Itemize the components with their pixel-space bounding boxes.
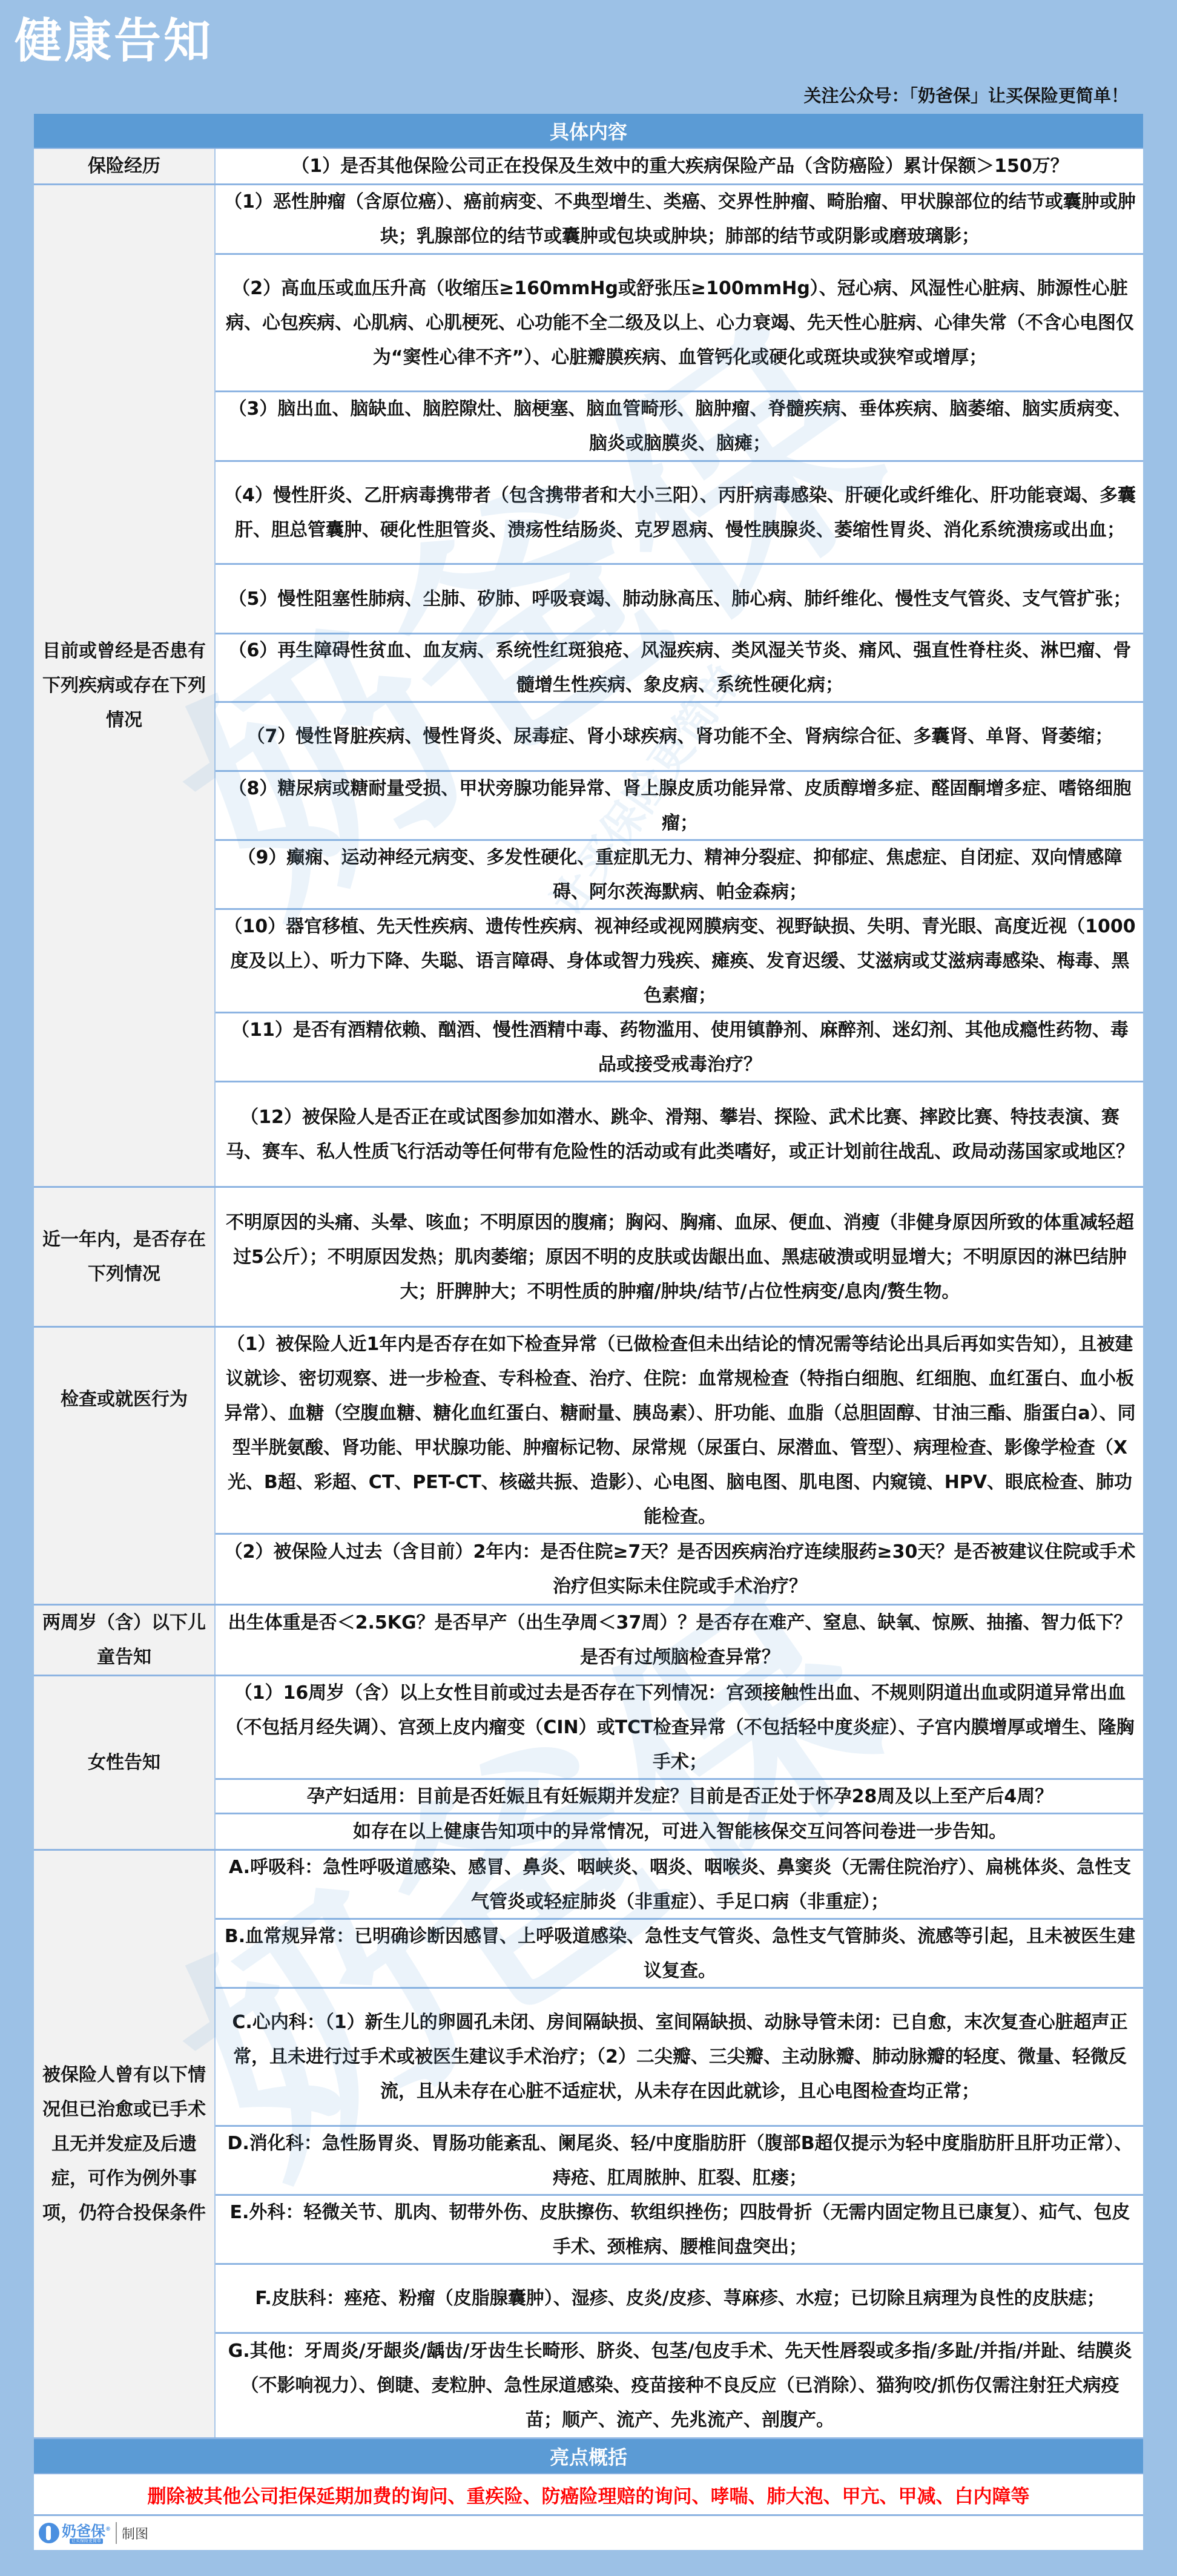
- question-item: 出生体重是否＜2.5KG？是否早产（出生孕周＜37周）？是否存在难产、窒息、缺氧…: [216, 1606, 1143, 1675]
- exception-item-other: G.其他：牙周炎/牙龈炎/龋齿/牙齿生长畸形、脐炎、包茎/包皮手术、先天性唇裂或…: [216, 2334, 1143, 2437]
- question-item: （1）是否其他保险公司正在投保及生效中的重大疾病保险产品（含防癌险）累计保额＞1…: [216, 149, 1143, 183]
- question-item: （12）被保险人是否正在或试图参加如潜水、跳伞、滑翔、攀岩、探险、武术比赛、摔跤…: [216, 1082, 1143, 1186]
- question-item: （1）恶性肿瘤（含原位癌）、癌前病变、不典型增生、类癌、交界性肿瘤、畸胎瘤、甲状…: [216, 185, 1143, 255]
- row-label: 目前或曾经是否患有下列疾病或存在下列情况: [34, 185, 216, 1186]
- made-by-label: 制图: [122, 2524, 148, 2543]
- question-item: （1）被保险人近1年内是否存在如下检查异常（已做检查但未出结论的情况需等结论出具…: [216, 1328, 1143, 1535]
- row-label: 两周岁（含）以下儿童告知: [34, 1606, 216, 1675]
- section-header-highlights: 亮点概括: [34, 2439, 1143, 2474]
- parent-child-icon: [39, 2523, 59, 2543]
- question-item: 如存在以上健康告知项中的异常情况，可进入智能核保交互问答问卷进一步告知。: [216, 1814, 1143, 1849]
- question-item: （2）被保险人过去（含目前）2年内：是否住院≥7天？是否因疾病治疗连续服药≥30…: [216, 1535, 1143, 1604]
- row-label: 保险经历: [34, 149, 216, 183]
- logo-name: 奶爸保®: [62, 2522, 111, 2538]
- highlight-summary: 删除被其他公司拒保延期加费的询问、重疾险、防癌险理赔的询问、哮喘、肺大泡、甲亢、…: [34, 2474, 1143, 2516]
- group-exams-medical-visits: 检查或就医行为 （1）被保险人近1年内是否存在如下检查异常（已做检查但未出结论的…: [34, 1328, 1143, 1606]
- question-item: （11）是否有酒精依赖、酗酒、慢性酒精中毒、药物滥用、使用镇静剂、麻醉剂、迷幻剂…: [216, 1013, 1143, 1082]
- footer: 奶爸保® 让买保险更简单 制图: [34, 2516, 1143, 2550]
- page-title: 健康告知: [15, 11, 213, 71]
- question-item: （7）慢性肾脏疾病、慢性肾炎、尿毒症、肾小球疾病、肾功能不全、肾病综合征、多囊肾…: [216, 703, 1143, 772]
- follow-account-note: 关注公众号：「奶爸保」让买保险更简单！: [803, 84, 1129, 108]
- health-notice-table: 具体内容 保险经历 （1）是否其他保险公司正在投保及生效中的重大疾病保险产品（含…: [34, 114, 1143, 2550]
- question-item: 不明原因的头痛、头晕、咳血；不明原因的腹痛；胸闷、胸痛、血尿、便血、消瘦（非健身…: [216, 1188, 1143, 1326]
- row-label: 被保险人曾有以下情况但已治愈或已手术且无并发症及后遗症，可作为例外事项，仍符合投…: [34, 1851, 216, 2437]
- group-child-notice: 两周岁（含）以下儿童告知 出生体重是否＜2.5KG？是否早产（出生孕周＜37周）…: [34, 1606, 1143, 1676]
- brand-logo: 奶爸保® 让买保险更简单: [39, 2522, 111, 2544]
- question-item: （8）糖尿病或糖耐量受损、甲状旁腺功能异常、肾上腺皮质功能异常、皮质醇增多症、醛…: [216, 772, 1143, 841]
- question-item: （2）高血压或血压升高（收缩压≥160mmHg或舒张压≥100mmHg）、冠心病…: [216, 255, 1143, 392]
- exception-item-digestive: D.消化科：急性肠胃炎、胃肠功能紊乱、阑尾炎、轻/中度脂肪肝（腹部B超仅提示为轻…: [216, 2127, 1143, 2196]
- row-label: 女性告知: [34, 1676, 216, 1849]
- question-item: （10）器官移植、先天性疾病、遗传性疾病、视神经或视网膜病变、视野缺损、失明、青…: [216, 910, 1143, 1013]
- exception-item-cardiology: C.心内科：（1）新生儿的卵圆孔未闭、房间隔缺损、室间隔缺损、动脉导管未闭：已自…: [216, 1989, 1143, 2127]
- group-past-year-symptoms: 近一年内，是否存在下列情况 不明原因的头痛、头晕、咳血；不明原因的腹痛；胸闷、胸…: [34, 1188, 1143, 1328]
- exception-item-respiratory: A.呼吸科：急性呼吸道感染、感冒、鼻炎、咽峡炎、咽炎、咽喉炎、鼻窦炎（无需住院治…: [216, 1851, 1143, 1920]
- group-current-or-past-diseases: 目前或曾经是否患有下列疾病或存在下列情况 （1）恶性肿瘤（含原位癌）、癌前病变、…: [34, 185, 1143, 1188]
- group-insurance-history: 保险经历 （1）是否其他保险公司正在投保及生效中的重大疾病保险产品（含防癌险）累…: [34, 149, 1143, 185]
- divider: [116, 2522, 117, 2544]
- exception-item-dermatology: F.皮肤科：痤疮、粉瘤（皮脂腺囊肿）、湿疹、皮炎/皮疹、荨麻疹、水痘；已切除且病…: [216, 2265, 1143, 2334]
- question-item: （6）再生障碍性贫血、血友病、系统性红斑狼疮、风湿疾病、类风湿关节炎、痛风、强直…: [216, 634, 1143, 703]
- question-item: （1）16周岁（含）以上女性目前或过去是否存在下列情况：宫颈接触性出血、不规则阴…: [216, 1676, 1143, 1780]
- question-item: （4）慢性肝炎、乙肝病毒携带者（包含携带者和大小三阳）、丙肝病毒感染、肝硬化或纤…: [216, 462, 1143, 565]
- group-exception-conditions: 被保险人曾有以下情况但已治愈或已手术且无并发症及后遗症，可作为例外事项，仍符合投…: [34, 1851, 1143, 2439]
- group-female-notice: 女性告知 （1）16周岁（含）以上女性目前或过去是否存在下列情况：宫颈接触性出血…: [34, 1676, 1143, 1851]
- row-label: 近一年内，是否存在下列情况: [34, 1188, 216, 1326]
- row-label: 检查或就医行为: [34, 1328, 216, 1604]
- question-item: 孕产妇适用：目前是否妊娠且有妊娠期并发症？目前是否正处于怀孕28周及以上至产后4…: [216, 1780, 1143, 1814]
- question-item: （3）脑出血、脑缺血、脑腔隙灶、脑梗塞、脑血管畸形、脑肿瘤、脊髓疾病、垂体疾病、…: [216, 392, 1143, 462]
- exception-item-surgery: E.外科：轻微关节、肌肉、韧带外伤、皮肤擦伤、软组织挫伤；四肢骨折（无需内固定物…: [216, 2196, 1143, 2265]
- logo-tagline: 让买保险更简单: [70, 2538, 103, 2544]
- exception-item-blood-routine: B.血常规异常：已明确诊断因感冒、上呼吸道感染、急性支气管炎、急性支气管肺炎、流…: [216, 1920, 1143, 1989]
- question-item: （5）慢性阻塞性肺病、尘肺、矽肺、呼吸衰竭、肺动脉高压、肺心病、肺纤维化、慢性支…: [216, 565, 1143, 634]
- question-item: （9）癫痫、运动神经元病变、多发性硬化、重症肌无力、精神分裂症、抑郁症、焦虑症、…: [216, 841, 1143, 910]
- section-header-content: 具体内容: [34, 114, 1143, 149]
